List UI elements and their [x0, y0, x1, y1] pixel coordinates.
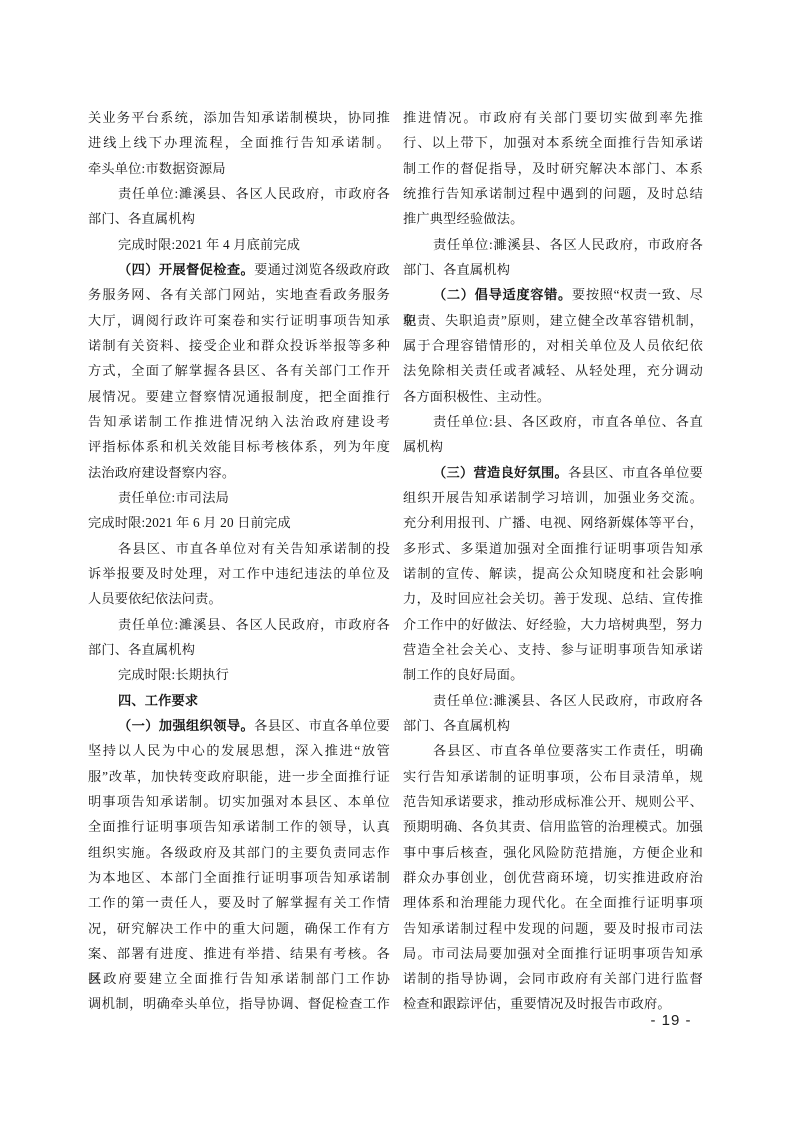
text-line: 案、部署有进度、推进有举措、结果有考核。各县、 [88, 941, 390, 966]
text-line: 统推行告知承诺制过程中遇到的问题，及时总结 [403, 181, 703, 206]
bold-heading: 四、工作要求 [118, 693, 198, 708]
text-line: 调机制，明确牵头单位，指导协调、督促检查工作 [88, 991, 390, 1016]
text-line: 大厅，调阅行政许可案卷和实行证明事项告知承 [88, 308, 390, 333]
text-line: 部门、各直属机构 [403, 713, 703, 738]
text-line: 部门、各直属机构 [88, 206, 390, 231]
text-line: 力，及时回应社会关切。善于发现、总结、宣传推 [403, 586, 703, 611]
text-line: 实行告知承诺制的证明事项，公布目录清单，规 [403, 764, 703, 789]
text-line: 责任单位:濉溪县、各区人民政府，市政府各 [88, 181, 390, 206]
heading-line: （四）开展督促检查。要通过浏览各级政府政 [88, 257, 390, 282]
heading-line: （一）加强组织领导。各县区、市直各单位要 [88, 713, 390, 738]
heading-line: （二）倡导适度容错。要按照“权责一致、尽职 [403, 282, 703, 307]
text-line: 牵头单位:市数据资源局 [88, 156, 390, 181]
text-line: 诺制的宣传、解读，提高公众知晓度和社会影响 [403, 561, 703, 586]
text-line: 告知承诺制过程中发现的问题，要及时报市司法 [403, 916, 703, 941]
text-line: 事中事后核查，强化风险防范措施，方便企业和 [403, 840, 703, 865]
right-text-column: 推进情况。市政府有关部门要切实做到率先推行、以上带下，加强对本系统全面推行告知承… [403, 105, 703, 1017]
text-line: 责任单位:县、各区政府，市直各单位、各直 [403, 409, 703, 434]
text-line: 属于合理容错情形的，对相关单位及人员依纪依 [403, 333, 703, 358]
text-line: 预期明确、各负其责、信用监管的治理模式。加强 [403, 814, 703, 839]
text-line: 介工作中的好做法、好经验，大力培树典型，努力 [403, 612, 703, 637]
text-line: 推进情况。市政府有关部门要切实做到率先推 [403, 105, 703, 130]
text-line: 营造全社会关心、支持、参与证明事项告知承诺 [403, 637, 703, 662]
text-line: 部门、各直属机构 [88, 637, 390, 662]
text-line: 诉举报要及时处理，对工作中违纪违法的单位及 [88, 561, 390, 586]
text-line: 工作的第一责任人，要及时了解掌握有关工作情 [88, 890, 390, 915]
text-line: 完成时限:2021 年 4 月底前完成 [88, 232, 390, 257]
text-line: 群众办事创业，创优营商环境，切实推进政府治 [403, 865, 703, 890]
text-line: 多形式、多渠道加强对全面推行证明事项告知承 [403, 536, 703, 561]
text-line: 推广典型经验做法。 [403, 206, 703, 231]
text-line: 组织实施。各级政府及其部门的主要负责同志作 [88, 840, 390, 865]
text-line: 全面推行证明事项告知承诺制工作的领导，认真 [88, 814, 390, 839]
text-line: 局。市司法局要加强对全面推行证明事项告知承 [403, 941, 703, 966]
text-line: 展情况。要建立督察情况通报制度，把全面推行 [88, 384, 390, 409]
text-line: 诺制的指导协调，会同市政府有关部门进行监督 [403, 966, 703, 991]
text-line: 服”改革，加快转变政府职能，进一步全面推行证 [88, 764, 390, 789]
text-line: 法免除相关责任或者减轻、从轻处理，充分调动 [403, 358, 703, 383]
text-line: 方式，全面了解掌握各县区、各有关部门工作开 [88, 358, 390, 383]
text-line: 属机构 [403, 434, 703, 459]
text-line: 完成时限:2021 年 6 月 20 日前完成 [88, 510, 390, 535]
text-line: 关业务平台系统，添加告知承诺制模块，协同推 [88, 105, 390, 130]
text-line: 告知承诺制工作推进情况纳入法治政府建设考 [88, 409, 390, 434]
text-line: 况，研究解决工作中的重大问题，确保工作有方 [88, 916, 390, 941]
text-line: 充分利用报刊、广播、电视、网络新媒体等平台， [403, 510, 703, 535]
bold-heading: （三）营造良好氛围。 [433, 465, 568, 480]
text-line: 责任单位:濉溪县、各区人民政府，市政府各 [88, 612, 390, 637]
text-line: 行、以上带下，加强对本系统全面推行告知承诺 [403, 130, 703, 155]
text-line: 为本地区、本部门全面推行证明事项告知承诺制 [88, 865, 390, 890]
text-line: 明事项告知承诺制。切实加强对本县区、本单位 [88, 789, 390, 814]
text-line: 各方面积极性、主动性。 [403, 384, 703, 409]
text-line: 诺制有关资料、接受企业和群众投诉举报等多种 [88, 333, 390, 358]
bold-heading: （一）加强组织领导。 [118, 718, 254, 733]
left-text-column: 关业务平台系统，添加告知承诺制模块，协同推进线上线下办理流程，全面推行告知承诺制… [88, 105, 390, 1017]
bold-heading: （四）开展督促检查。 [118, 262, 254, 277]
heading-line: （三）营造良好氛围。各县区、市直各单位要 [403, 460, 703, 485]
page-number: - 19 - [628, 1008, 714, 1033]
text-line: 务服务网、各有关部门网站，实地查看政务服务 [88, 282, 390, 307]
text-line: 各县区、市直各单位要落实工作责任，明确 [403, 738, 703, 763]
text-line: 部门、各直属机构 [403, 257, 703, 282]
text-line: 责任单位:濉溪县、各区人民政府，市政府各 [403, 688, 703, 713]
document-page: 关业务平台系统，添加告知承诺制模块，协同推进线上线下办理流程，全面推行告知承诺制… [0, 0, 793, 1122]
text-line: 各县区、市直各单位对有关告知承诺制的投 [88, 536, 390, 561]
text-line: 坚持以人民为中心的发展思想，深入推进“放管 [88, 738, 390, 763]
bold-heading: （二）倡导适度容错。 [433, 287, 572, 302]
text-line: 区政府要建立全面推行告知承诺制部门工作协 [88, 966, 390, 991]
heading-line: 四、工作要求 [88, 688, 390, 713]
text-line: 理体系和治理能力现代化。在全面推行证明事项 [403, 890, 703, 915]
text-line: 进线上线下办理流程，全面推行告知承诺制。 [88, 130, 390, 155]
text-line: 制工作的督促指导，及时研究解决本部门、本系 [403, 156, 703, 181]
text-line: 完成时限:长期执行 [88, 662, 390, 687]
text-line: 免责、失职追责”原则，建立健全改革容错机制， [403, 308, 703, 333]
text-line: 范告知承诺要求，推动形成标准公开、规则公平、 [403, 789, 703, 814]
text-line: 人员要依纪依法问责。 [88, 586, 390, 611]
text-line: 法治政府建设督察内容。 [88, 460, 390, 485]
text-line: 组织开展告知承诺制学习培训，加强业务交流。 [403, 485, 703, 510]
text-line: 责任单位:濉溪县、各区人民政府，市政府各 [403, 232, 703, 257]
text-line: 责任单位:市司法局 [88, 485, 390, 510]
text-line: 评指标体系和机关效能目标考核体系，列为年度 [88, 434, 390, 459]
text-line: 制工作的良好局面。 [403, 662, 703, 687]
